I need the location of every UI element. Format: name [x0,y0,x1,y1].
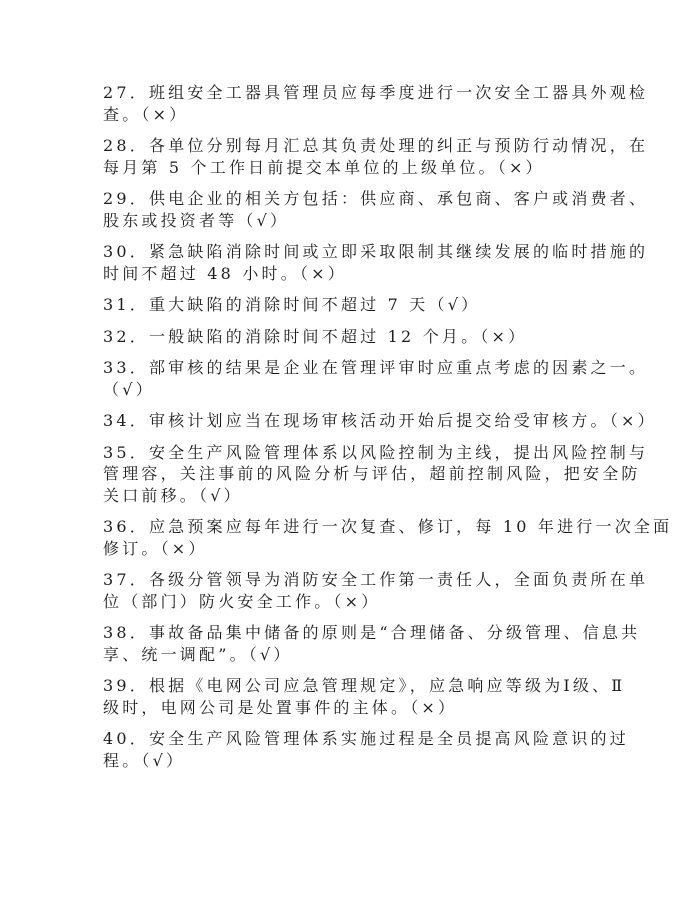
question-text-line: 38．事故备品集中储备的原则是“合理储备、分级管理、信息共 [103,622,603,644]
question-text-line: 管理容，关注事前的风险分析与评估，超前控制风险，把安全防 [103,463,603,485]
question-text-line: 28．各单位分别每月汇总其负责处理的纠正与预防行动情况，在 [103,135,603,157]
question-item-31: 31．重大缺陷的消除时间不超过 7 天（√） [103,294,603,316]
question-item-32: 32．一般缺陷的消除时间不超过 12 个月。（×） [103,326,603,348]
question-text-line: 关口前移。（√） [103,485,603,507]
question-text-line: 35．安全生产风险管理体系以风险控制为主线，提出风险控制与 [103,442,603,464]
question-text-line: 33．部审核的结果是企业在管理评审时应重点考虑的因素之一。 [103,357,603,379]
question-text-line: 29．供电企业的相关方包括：供应商、承包商、客户或消费者、 [103,188,603,210]
question-text-line: （√） [103,379,603,401]
question-text-line: 查。（×） [103,104,603,126]
question-text-line: 32．一般缺陷的消除时间不超过 12 个月。（×） [103,326,603,348]
question-text-line: 享、统一调配”。（√） [103,644,603,666]
question-item-35: 35．安全生产风险管理体系以风险控制为主线，提出风险控制与 管理容，关注事前的风… [103,442,603,507]
question-item-28: 28．各单位分别每月汇总其负责处理的纠正与预防行动情况，在 每月第 5 个工作日… [103,135,603,178]
question-item-38: 38．事故备品集中储备的原则是“合理储备、分级管理、信息共 享、统一调配”。（√… [103,622,603,665]
question-text-line: 位（部门）防火安全工作。（×） [103,591,603,613]
question-text-line: 级时，电网公司是处置事件的主体。（×） [103,697,603,719]
question-item-29: 29．供电企业的相关方包括：供应商、承包商、客户或消费者、 股东或投资者等（√） [103,188,603,231]
question-text-line: 34．审核计划应当在现场审核活动开始后提交给受审核方。（×） [103,410,603,432]
question-text-line: 股东或投资者等（√） [103,210,603,232]
question-text-line: 31．重大缺陷的消除时间不超过 7 天（√） [103,294,603,316]
question-item-27: 27．班组安全工器具管理员应每季度进行一次安全工器具外观检 查。（×） [103,82,603,125]
question-item-30: 30．紧急缺陷消除时间或立即采取限制其继续发展的临时措施的 时间不超过 48 小… [103,241,603,284]
question-text-line: 37．各级分管领导为消防安全工作第一责任人，全面负责所在单 [103,569,603,591]
question-item-34: 34．审核计划应当在现场审核活动开始后提交给受审核方。（×） [103,410,603,432]
question-text-line: 40．安全生产风险管理体系实施过程是全员提高风险意识的过 [103,728,603,750]
question-text-line: 每月第 5 个工作日前提交本单位的上级单位。（×） [103,157,603,179]
question-item-36: 36．应急预案应每年进行一次复查、修订，每 10 年进行一次全面 修订。（×） [103,516,603,559]
question-text-line: 27．班组安全工器具管理员应每季度进行一次安全工器具外观检 [103,82,603,104]
document-page: 27．班组安全工器具管理员应每季度进行一次安全工器具外观检 查。（×） 28．各… [103,82,603,781]
question-item-39: 39．根据《电网公司应急管理规定》，应急响应等级为Ⅰ级、Ⅱ 级时，电网公司是处置… [103,675,603,718]
question-item-37: 37．各级分管领导为消防安全工作第一责任人，全面负责所在单 位（部门）防火安全工… [103,569,603,612]
question-text-line: 程。（√） [103,750,603,772]
question-item-40: 40．安全生产风险管理体系实施过程是全员提高风险意识的过 程。（√） [103,728,603,771]
question-text-line: 30．紧急缺陷消除时间或立即采取限制其继续发展的临时措施的 [103,241,603,263]
question-text-line: 修订。（×） [103,538,603,560]
question-text-line: 36．应急预案应每年进行一次复查、修订，每 10 年进行一次全面 [103,516,603,538]
question-item-33: 33．部审核的结果是企业在管理评审时应重点考虑的因素之一。 （√） [103,357,603,400]
question-text-line: 时间不超过 48 小时。（×） [103,263,603,285]
question-text-line: 39．根据《电网公司应急管理规定》，应急响应等级为Ⅰ级、Ⅱ [103,675,603,697]
